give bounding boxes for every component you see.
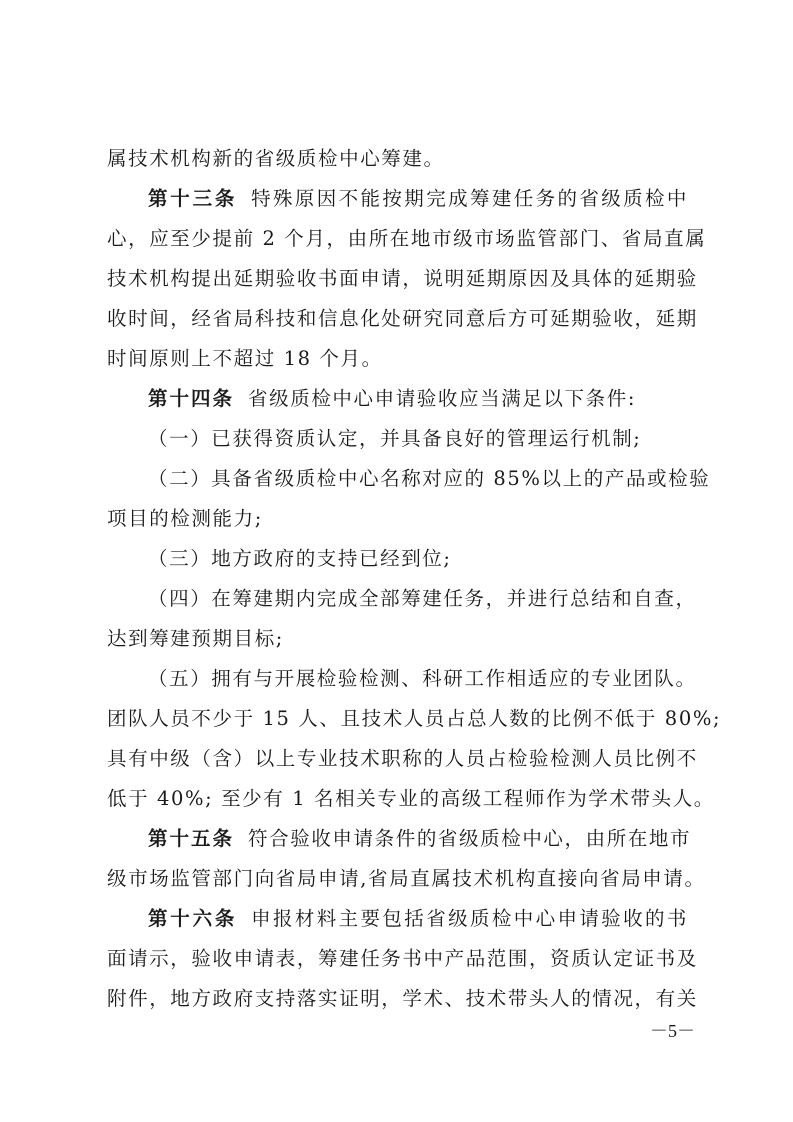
line-text: 面请示，验收申请表，筹建任务书中产品范围，资质认定证书及 xyxy=(107,947,698,970)
text-line: （一）已获得资质认定，并具备良好的管理运行机制; xyxy=(148,424,688,454)
text-line: （二）具备省级质检中心名称对应的 85%以上的产品或检验 xyxy=(148,464,688,494)
line-text: 省级质检中心申请验收应当满足以下条件: xyxy=(248,387,636,410)
line-text: 收时间，经省局科技和信息化处研究同意后方可延期验收，延期 xyxy=(107,307,698,330)
text-line: 时间原则上不超过 18 个月。 xyxy=(107,344,687,374)
text-line: （五）拥有与开展检验检测、科研工作相适应的专业团队。 xyxy=(148,664,688,694)
text-line: 低于 40%; 至少有 1 名相关专业的高级工程师作为学术带头人。 xyxy=(107,784,687,814)
text-line: 面请示，验收申请表，筹建任务书中产品范围，资质认定证书及 xyxy=(107,944,687,974)
text-line: 项目的检测能力; xyxy=(107,504,687,534)
line-text: （三）地方政府的支持已经到位; xyxy=(148,547,452,570)
line-text: 申报材料主要包括省级质检中心申请验收的书 xyxy=(251,907,688,930)
line-text: 技术机构提出延期验收书面申请，说明延期原因及具体的延期验 xyxy=(107,267,698,290)
line-text: （二）具备省级质检中心名称对应的 85%以上的产品或检验 xyxy=(148,467,710,490)
article-heading-line: 第十三条特殊原因不能按期完成筹建任务的省级质检中 xyxy=(148,184,688,214)
line-text: 特殊原因不能按期完成筹建任务的省级质检中 xyxy=(251,187,688,210)
article-heading-line: 第十六条申报材料主要包括省级质检中心申请验收的书 xyxy=(148,904,688,934)
text-line: 心，应至少提前 2 个月，由所在地市级市场监管部门、省局直属 xyxy=(107,224,687,254)
line-text: 达到筹建预期目标; xyxy=(107,627,284,650)
line-text: 团队人员不少于 15 人、且技术人员占总人数的比例不低于 80%; xyxy=(107,707,721,730)
line-text: （一）已获得资质认定，并具备良好的管理运行机制; xyxy=(148,427,641,450)
article-number: 第十三条 xyxy=(148,187,237,210)
text-line: 级市场监管部门向省局申请,省局直属技术机构直接向省局申请。 xyxy=(107,864,687,894)
text-line: 收时间，经省局科技和信息化处研究同意后方可延期验收，延期 xyxy=(107,304,687,334)
article-number: 第十五条 xyxy=(148,827,234,850)
line-text: 级市场监管部门向省局申请,省局直属技术机构直接向省局申请。 xyxy=(107,867,706,890)
text-line: （三）地方政府的支持已经到位; xyxy=(148,544,688,574)
line-text: （四）在筹建期内完成全部筹建任务，并进行总结和自查， xyxy=(148,587,697,610)
line-text: （五）拥有与开展检验检测、科研工作相适应的专业团队。 xyxy=(148,667,697,690)
page-number: －5－ xyxy=(650,1017,695,1043)
line-text: 附件，地方政府支持落实证明，学术、技术带头人的情况，有关 xyxy=(107,987,698,1010)
article-number: 第十六条 xyxy=(148,907,237,930)
text-line: （四）在筹建期内完成全部筹建任务，并进行总结和自查， xyxy=(148,584,688,614)
document-page: 属技术机构新的省级质检中心筹建。第十三条特殊原因不能按期完成筹建任务的省级质检中… xyxy=(0,0,793,1122)
line-text: 具有中级（含）以上专业技术职称的人员占检验检测人员比例不 xyxy=(107,747,698,770)
text-line: 附件，地方政府支持落实证明，学术、技术带头人的情况，有关 xyxy=(107,984,687,1014)
line-text: 低于 40%; 至少有 1 名相关专业的高级工程师作为学术带头人。 xyxy=(107,787,715,810)
line-text: 项目的检测能力; xyxy=(107,507,263,530)
line-text: 心，应至少提前 2 个月，由所在地市级市场监管部门、省局直属 xyxy=(107,227,706,250)
article-heading-line: 第十四条省级质检中心申请验收应当满足以下条件: xyxy=(148,384,688,414)
text-line: 团队人员不少于 15 人、且技术人员占总人数的比例不低于 80%; xyxy=(107,704,687,734)
text-line: 达到筹建预期目标; xyxy=(107,624,687,654)
text-line: 技术机构提出延期验收书面申请，说明延期原因及具体的延期验 xyxy=(107,264,687,294)
text-line: 具有中级（含）以上专业技术职称的人员占检验检测人员比例不 xyxy=(107,744,687,774)
article-number: 第十四条 xyxy=(148,387,234,410)
article-heading-line: 第十五条符合验收申请条件的省级质检中心，由所在地市 xyxy=(148,824,688,854)
line-text: 符合验收申请条件的省级质检中心，由所在地市 xyxy=(248,827,691,850)
text-line: 属技术机构新的省级质检中心筹建。 xyxy=(107,144,687,174)
line-text: 时间原则上不超过 18 个月。 xyxy=(107,347,383,370)
line-text: 属技术机构新的省级质检中心筹建。 xyxy=(107,147,445,170)
